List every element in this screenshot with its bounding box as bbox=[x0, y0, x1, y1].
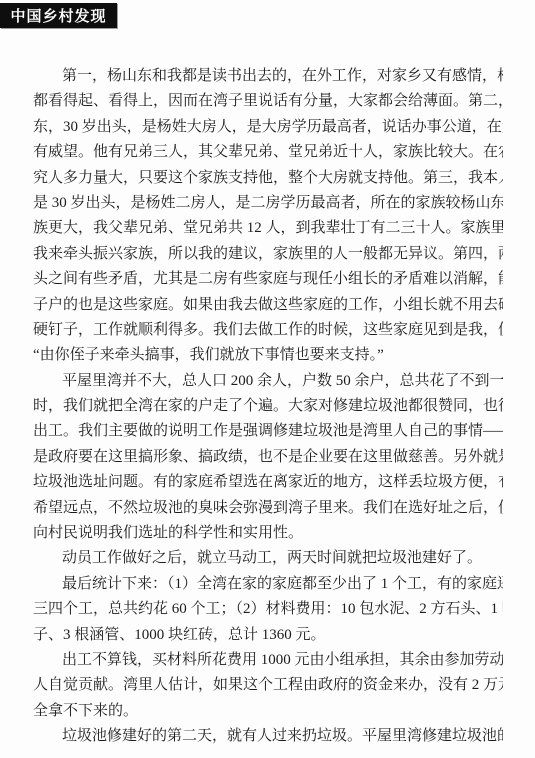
text-line: 头之间有些矛盾，尤其是二房有些家庭与现任小组长的矛盾难以消解，能做钉 bbox=[33, 267, 503, 292]
text-line: 我来牵头振兴家族，所以我的建议，家族里的人一般都无异议。第四，两个房 bbox=[33, 242, 503, 267]
text-line: 垃圾池选址问题。有的家庭希望选在离家近的地方，这样丢垃圾方便，有的则 bbox=[33, 470, 503, 495]
text-line: 究人多力量大，只要这个家族支持他，整个大房就支持他。第三，我本人，也 bbox=[33, 166, 503, 191]
banner-title: 中国乡村发现 bbox=[10, 5, 106, 26]
text-line: 全拿不下来的。 bbox=[33, 699, 503, 724]
text-line: 东，30 岁出头，是杨姓大房人，是大房学历最高者，说话办事公道，在大房里 bbox=[33, 115, 503, 140]
text-line: 垃圾池修建好的第二天，就有人过来扔垃圾。平屋里湾修建垃圾池的事， bbox=[33, 724, 503, 749]
text-line: 时，我们就把全湾在家的户走了个遍。大家对修建垃圾池都很赞同，也很乐意 bbox=[33, 394, 503, 419]
text-line: 向村民说明我们选址的科学性和实用性。 bbox=[33, 521, 503, 546]
text-line: 都看得起、看得上，因而在湾子里说话有分量，大家都会给薄面。第二，杨山 bbox=[33, 89, 503, 114]
text-line: 有威望。他有兄弟三人，其父辈兄弟、堂兄弟近十人，家族比较大。在农村讲 bbox=[33, 140, 503, 165]
text-line: 子、3 根涵管、1000 块红砖，总计 1360 元。 bbox=[33, 623, 503, 648]
text-line: 硬钉子，工作就顺利得多。我们去做工作的时候，这些家庭见到是我，便说： bbox=[33, 318, 503, 343]
article-body: 第一，杨山东和我都是读书出去的，在外工作，对家乡又有感情，村里人都看得起、看得上… bbox=[33, 64, 503, 750]
text-line: 子户的也是这些家庭。如果由我去做这些家庭的工作，小组长就不用去碰这些 bbox=[33, 293, 503, 318]
text-line: 出工不算钱，买材料所花费用 1000 元由小组承担，其余由参加劳动的年轻 bbox=[33, 648, 503, 673]
text-line: 是 30 岁出头，是杨姓二房人，是二房学历最高者，所在的家族较杨山东所在家 bbox=[33, 191, 503, 216]
text-line: 三四个工，总共约花 60 个工；（2）材料费用：10 包水泥、2 方石头、1 吨… bbox=[33, 597, 503, 622]
document-page: 中国乡村发现 第一，杨山东和我都是读书出去的，在外工作，对家乡又有感情，村里人都… bbox=[0, 0, 535, 758]
text-line: 平屋里湾并不大，总人口 200 余人，户数 50 余户，总共花了不到一个小 bbox=[33, 369, 503, 394]
text-line: 人自觉贡献。湾里人估计，如果这个工程由政府的资金来办，没有 2 万元是完 bbox=[33, 673, 503, 698]
text-line: 第一，杨山东和我都是读书出去的，在外工作，对家乡又有感情，村里人 bbox=[33, 64, 503, 89]
text-line: 动员工作做好之后，就立马动工，两天时间就把垃圾池建好了。 bbox=[33, 546, 503, 571]
text-line: 最后统计下来：（1）全湾在家的家庭都至少出了 1 个工，有的家庭还出了 bbox=[33, 572, 503, 597]
text-line: 希望远点，不然垃圾池的臭味会弥漫到湾子里来。我们在选好址之后，便充分 bbox=[33, 496, 503, 521]
site-banner: 中国乡村发现 bbox=[0, 3, 117, 28]
text-line: 出工。我们主要做的说明工作是强调修建垃圾池是湾里人自己的事情——既不 bbox=[33, 419, 503, 444]
text-line: 族更大，我父辈兄弟、堂兄弟共 12 人，到我辈壮丁有二三十人。家族里都希望 bbox=[33, 216, 503, 241]
text-line: 是政府要在这里搞形象、搞政绩，也不是企业要在这里做慈善。另外就是解释 bbox=[33, 445, 503, 470]
text-line: “由你侄子来牵头搞事，我们就放下事情也要来支持。” bbox=[33, 343, 503, 368]
